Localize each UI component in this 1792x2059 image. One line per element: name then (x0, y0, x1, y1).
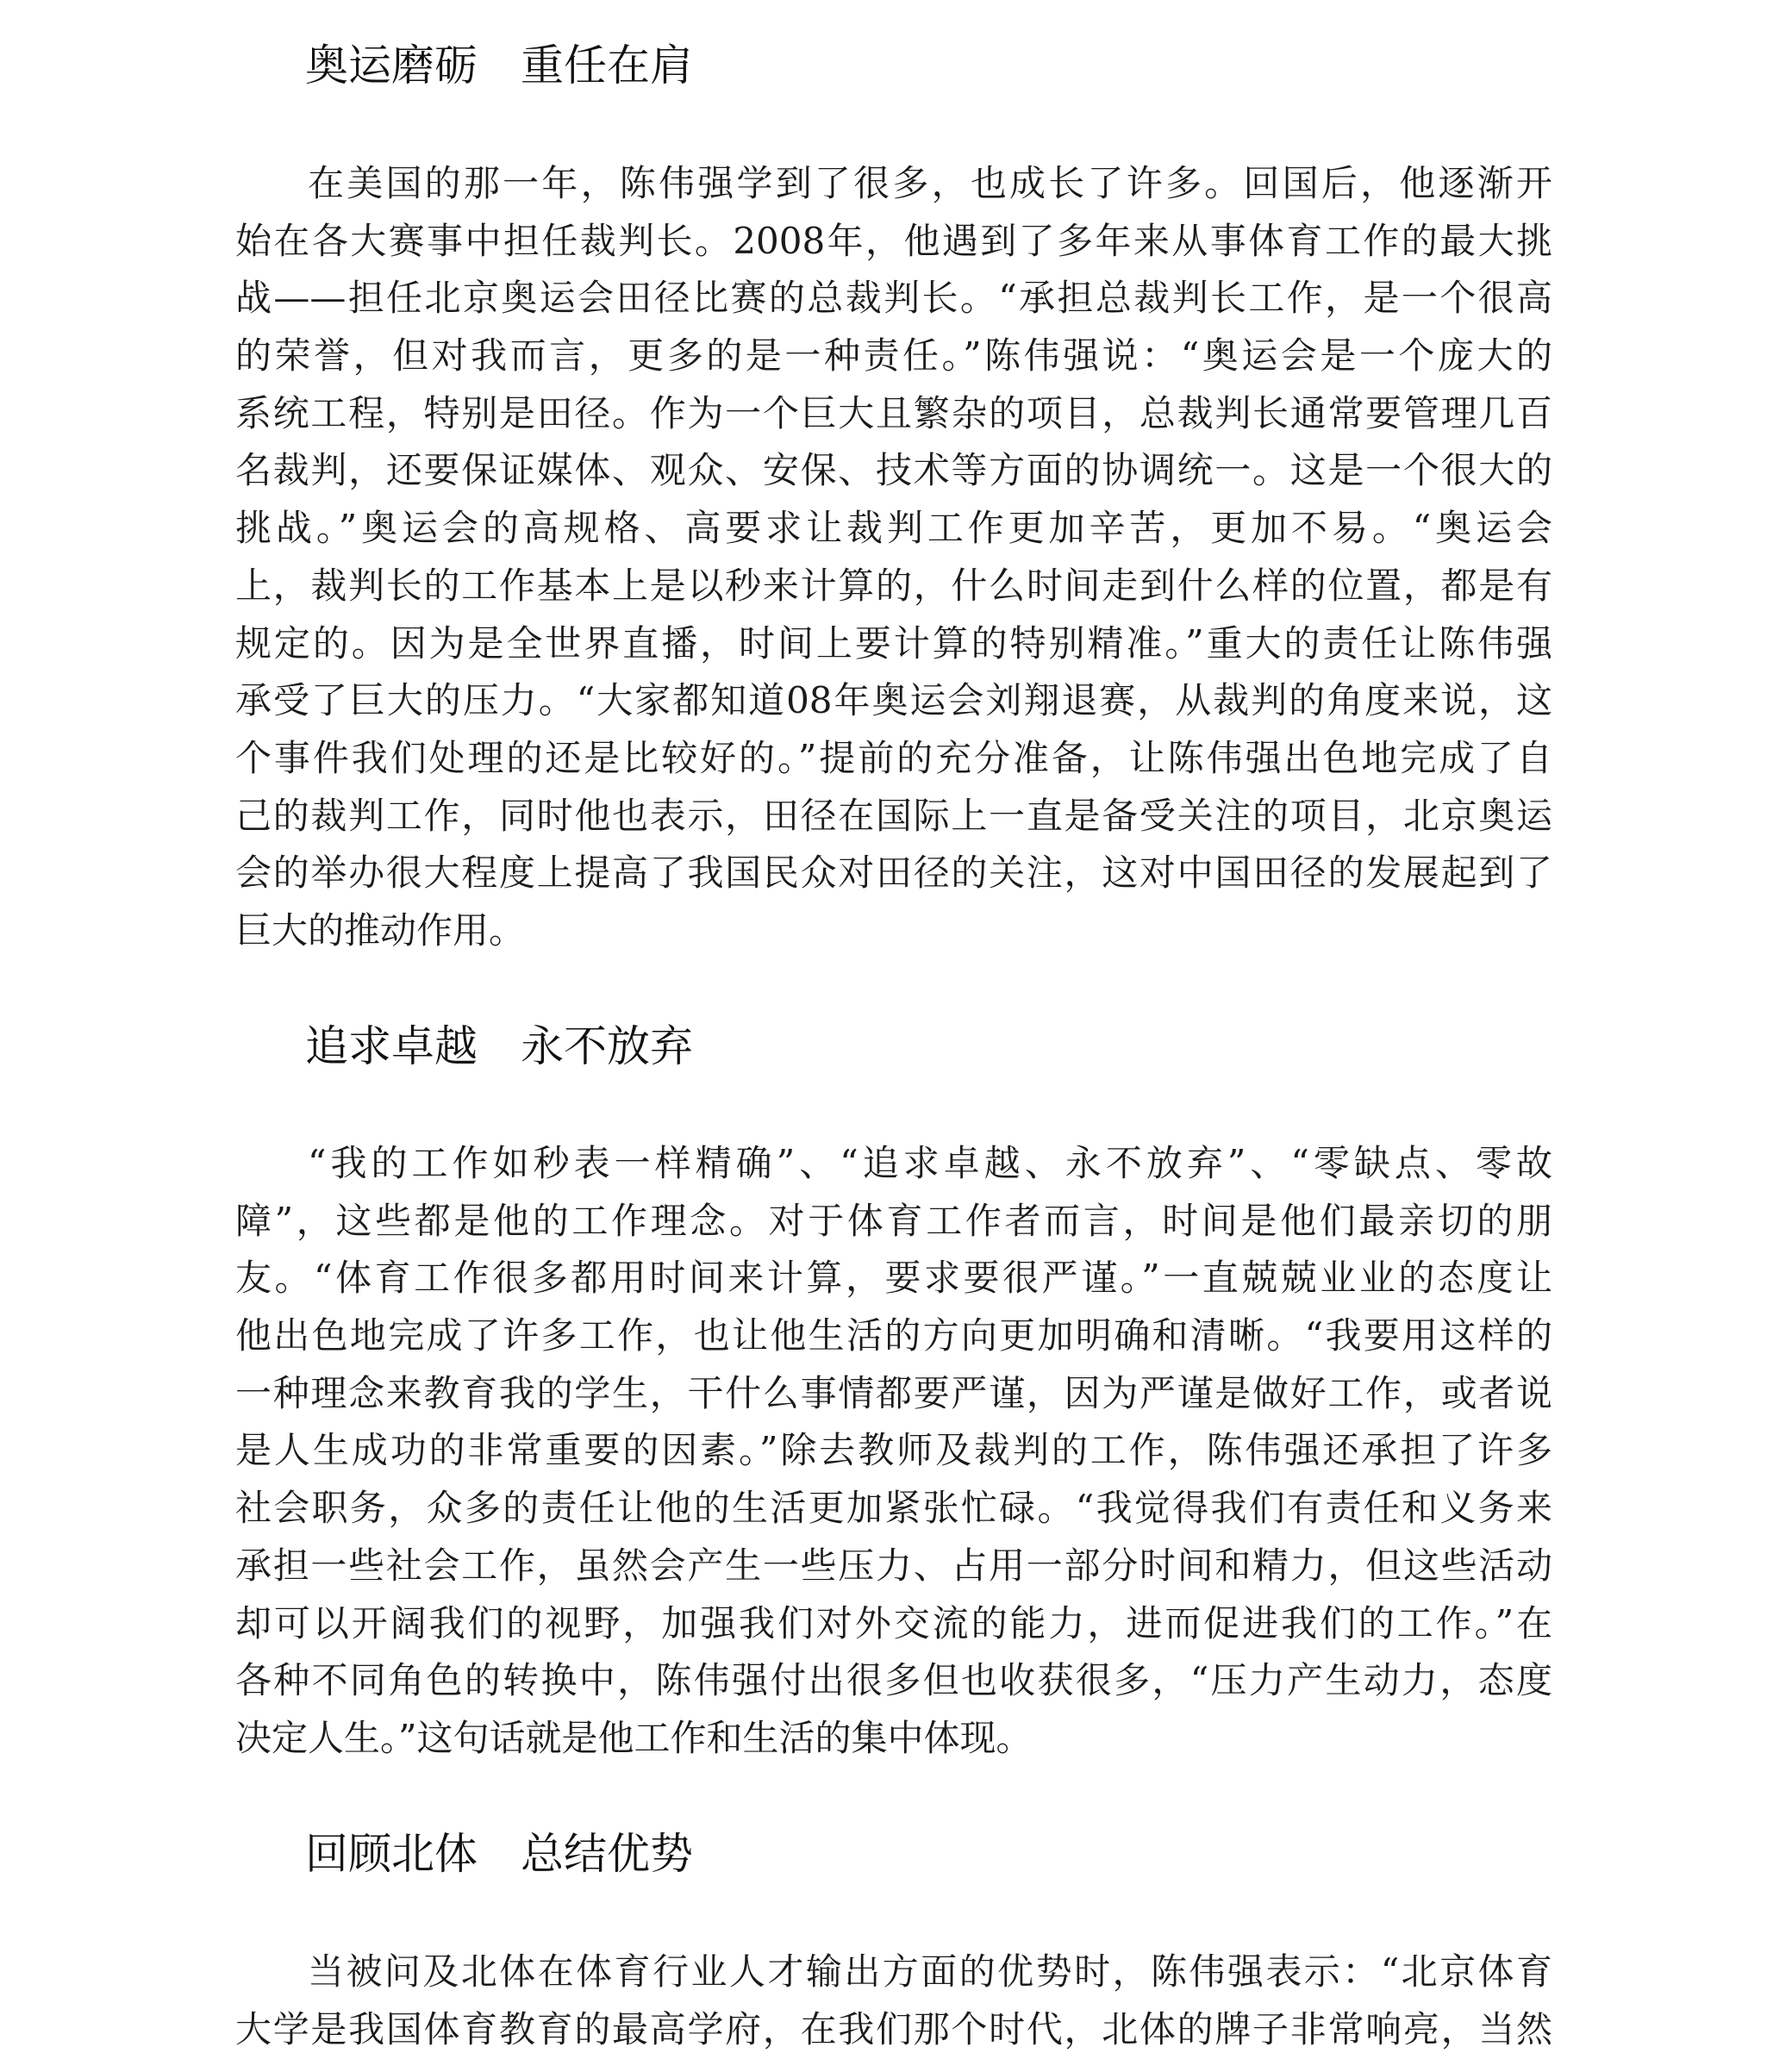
text-line: 承受了巨大的压力。“大家都知道08年奥运会刘翔退赛，从裁判的角度来说，这 (235, 672, 1552, 730)
text-line: 名裁判，还要保证媒体、观众、安保、技术等方面的协调统一。这是一个很大的 (235, 442, 1552, 500)
text-line: 巨大的推动作用。 (235, 902, 1552, 960)
text-line: 一种理念来教育我的学生，干什么事情都要严谨，因为严谨是做好工作，或者说 (235, 1365, 1552, 1423)
section-heading: 追求卓越 永不放弃 (305, 1020, 693, 1072)
section-heading: 奥运磨砺 重任在肩 (305, 40, 693, 91)
text-line: 社会职务，众多的责任让他的生活更加紧张忙碌。“我觉得我们有责任和义务来 (235, 1480, 1552, 1538)
section-heading: 回顾北体 总结优势 (305, 1828, 693, 1880)
text-line: 挑战。”奥运会的高规格、高要求让裁判工作更加辛苦，更加不易。“奥运会 (235, 500, 1552, 558)
text-line: 在美国的那一年，陈伟强学到了很多，也成长了许多。回国后，他逐渐开 (235, 155, 1552, 213)
text-line: 系统工程，特别是田径。作为一个巨大且繁杂的项目，总裁判长通常要管理几百 (235, 385, 1552, 443)
text-line: 当被问及北体在体育行业人才输出方面的优势时，陈伟强表示：“北京体育 (235, 1944, 1552, 2001)
section-paragraph: 当被问及北体在体育行业人才输出方面的优势时，陈伟强表示：“北京体育 大学是我国体… (235, 1944, 1552, 2058)
text-line: 友。“体育工作很多都用时间来计算，要求要很严谨。”一直兢兢业业的态度让 (235, 1250, 1552, 1307)
text-line: 大学是我国体育教育的最高学府，在我们那个时代，北体的牌子非常响亮，当然 (235, 2001, 1552, 2059)
text-line: 承担一些社会工作，虽然会产生一些压力、占用一部分时间和精力，但这些活动 (235, 1538, 1552, 1595)
text-line: 却可以开阔我们的视野，加强我们对外交流的能力，进而促进我们的工作。”在 (235, 1595, 1552, 1653)
text-line: 的荣誉，但对我而言，更多的是一种责任。”陈伟强说：“奥运会是一个庞大的 (235, 328, 1552, 385)
text-line: 会的举办很大程度上提高了我国民众对田径的关注，这对中国田径的发展起到了 (235, 845, 1552, 902)
text-line: 始在各大赛事中担任裁判长。2008年，他遇到了多年来从事体育工作的最大挑 (235, 213, 1552, 271)
text-line: 战——担任北京奥运会田径比赛的总裁判长。“承担总裁判长工作，是一个很高 (235, 270, 1552, 328)
text-line: 决定人生。”这句话就是他工作和生活的集中体现。 (235, 1710, 1552, 1768)
text-line: 上，裁判长的工作基本上是以秒来计算的，什么时间走到什么样的位置，都是有 (235, 558, 1552, 615)
text-line: 个事件我们处理的还是比较好的。”提前的充分准备，让陈伟强出色地完成了自 (235, 730, 1552, 788)
text-line: 规定的。因为是全世界直播，时间上要计算的特别精准。”重大的责任让陈伟强 (235, 615, 1552, 673)
section-paragraph: 在美国的那一年，陈伟强学到了很多，也成长了许多。回国后，他逐渐开 始在各大赛事中… (235, 155, 1552, 960)
text-line: 他出色地完成了许多工作，也让他生活的方向更加明确和清晰。“我要用这样的 (235, 1307, 1552, 1365)
text-line: “我的工作如秒表一样精确”、“追求卓越、永不放弃”、“零缺点、零故 (235, 1135, 1552, 1193)
text-line: 障”，这些都是他的工作理念。对于体育工作者而言，时间是他们最亲切的朋 (235, 1193, 1552, 1251)
text-line: 各种不同角色的转换中，陈伟强付出很多但也收获很多，“压力产生动力，态度 (235, 1652, 1552, 1710)
text-line: 是人生成功的非常重要的因素。”除去教师及裁判的工作，陈伟强还承担了许多 (235, 1422, 1552, 1480)
section-paragraph: “我的工作如秒表一样精确”、“追求卓越、永不放弃”、“零缺点、零故 障”，这些都… (235, 1135, 1552, 1768)
text-line: 己的裁判工作，同时他也表示，田径在国际上一直是备受关注的项目，北京奥运 (235, 788, 1552, 845)
